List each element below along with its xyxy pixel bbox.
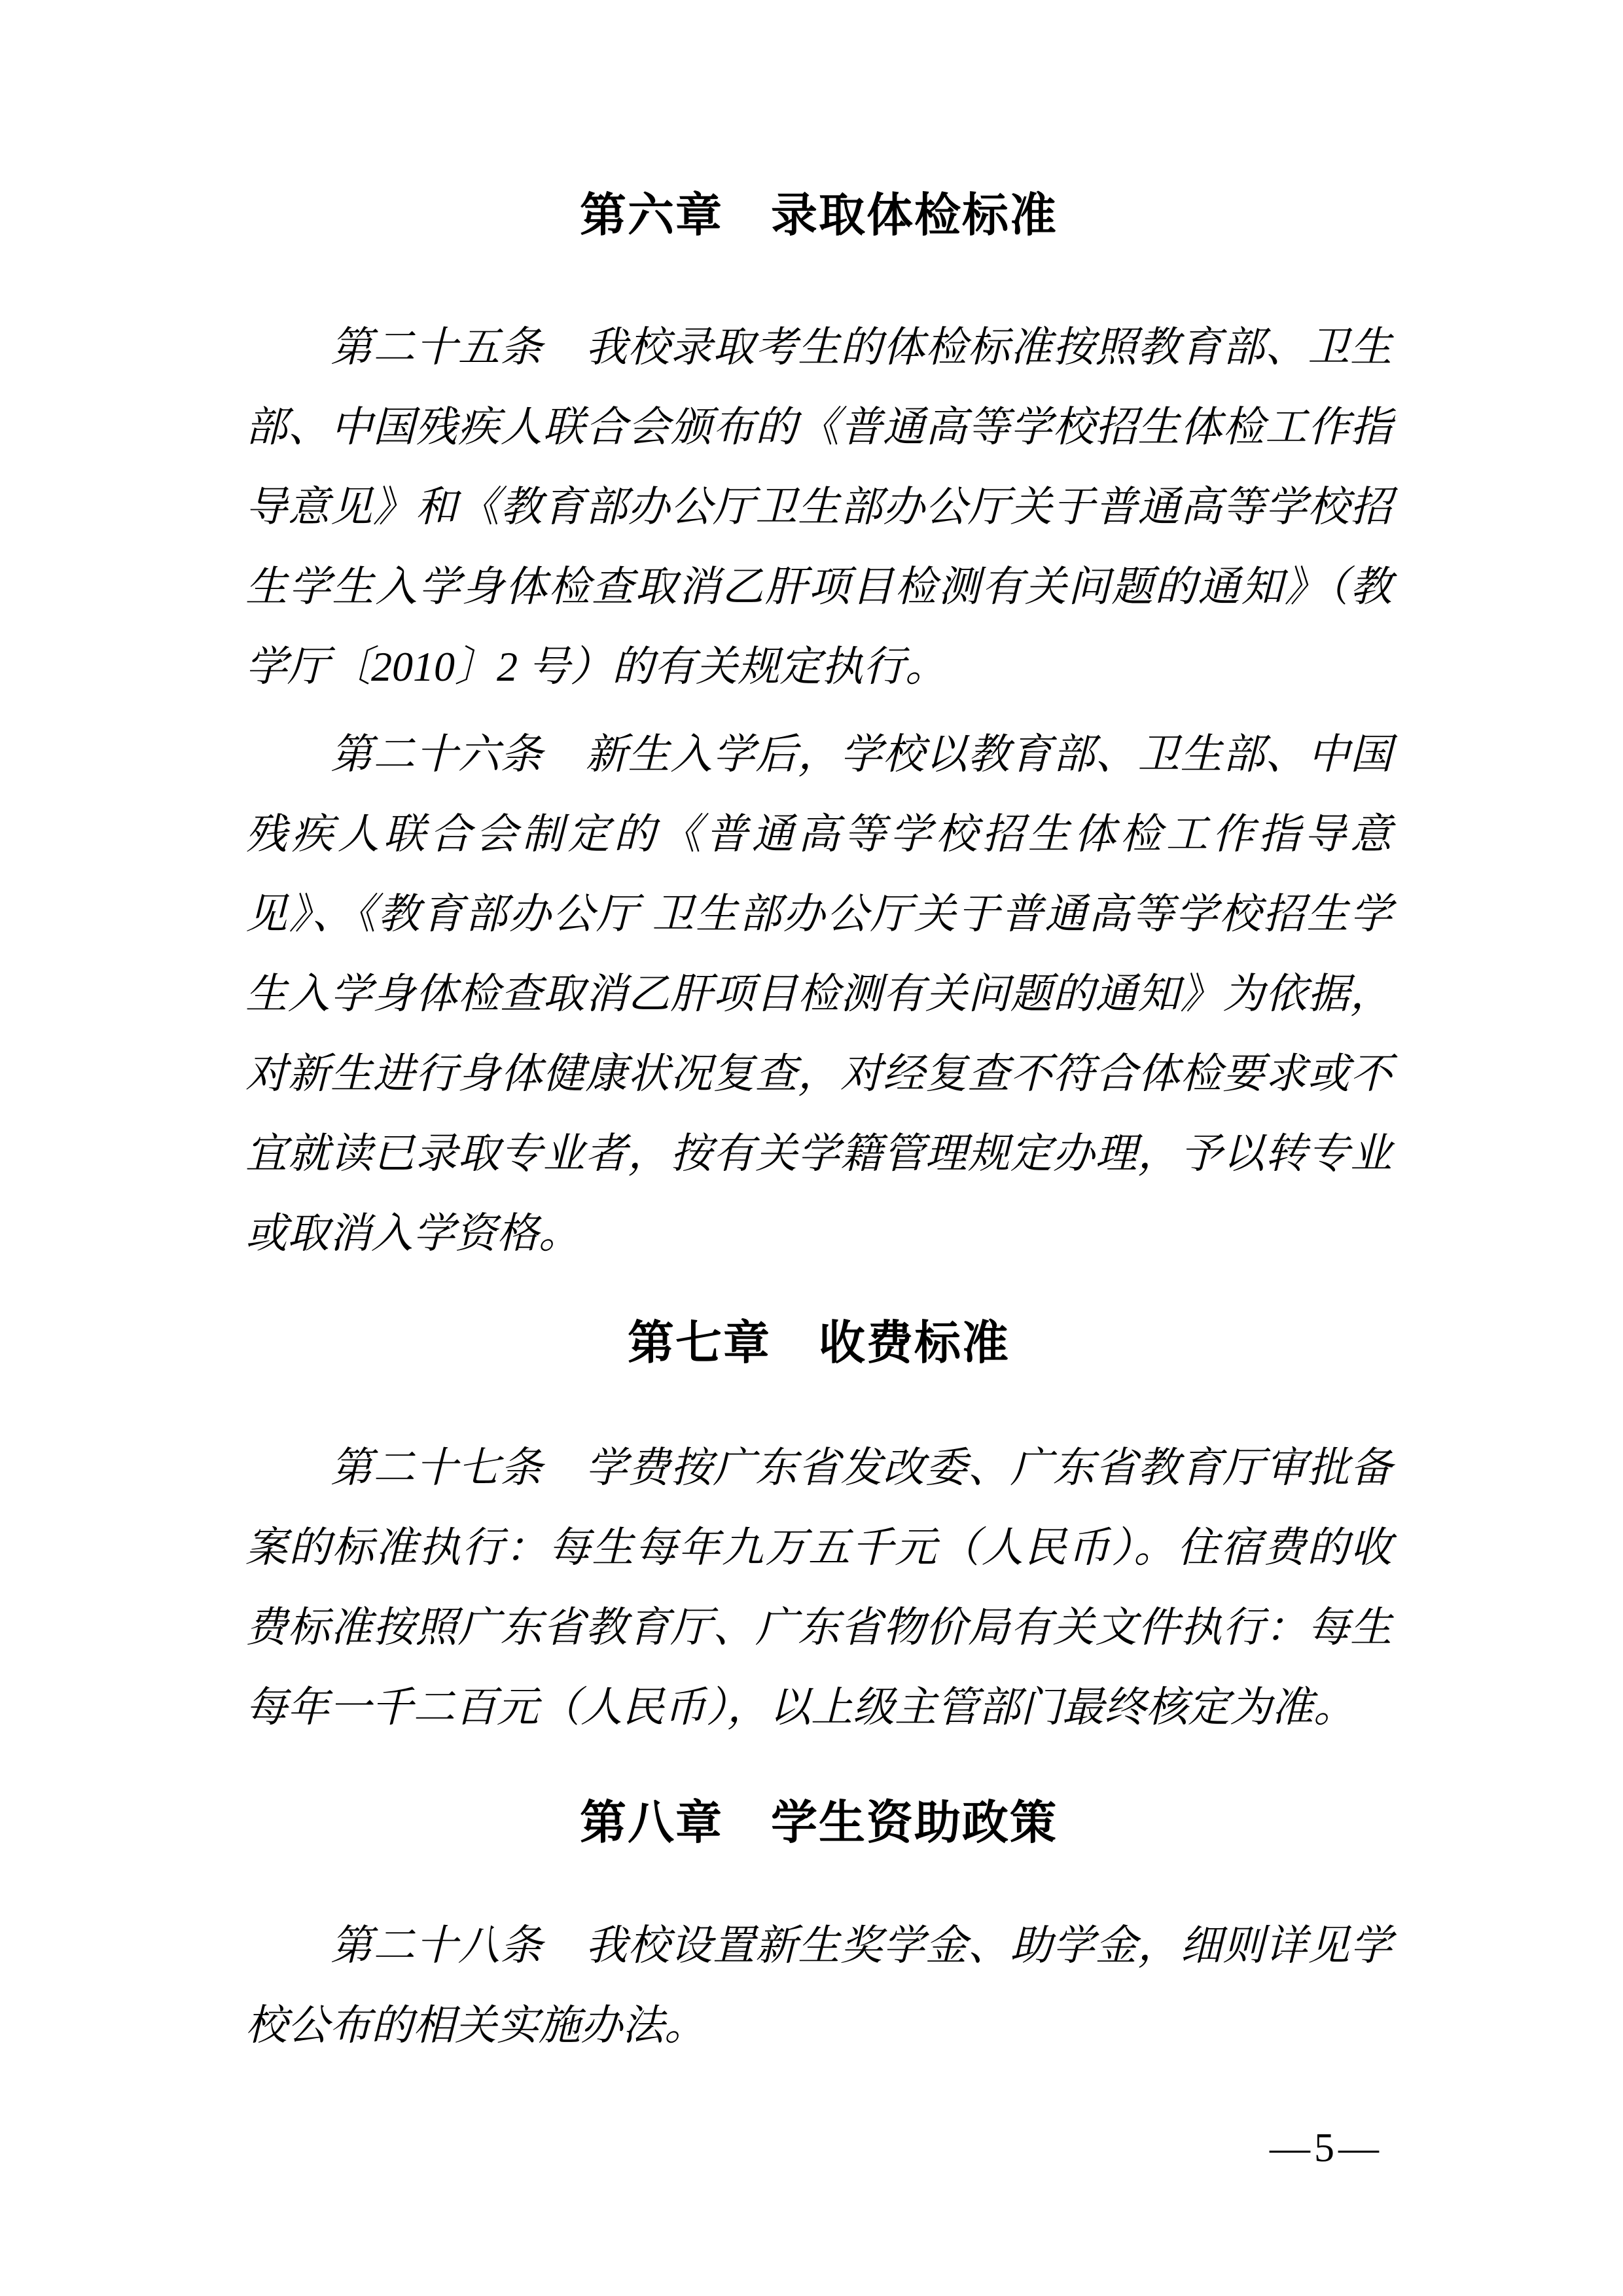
body-line: 导意见》和《教育部办公厅卫生部办公厅关于普通高等学校招 <box>245 467 1392 547</box>
body-line: 第二十五条 我校录取考生的体检标准按照教育部、卫生 <box>245 308 1392 387</box>
body-line: 生学生入学身体检查取消乙肝项目检测有关问题的通知》（教 <box>245 547 1392 627</box>
article-25-paragraph: 第二十五条 我校录取考生的体检标准按照教育部、卫生 部、中国残疾人联合会颁布的《… <box>245 308 1392 707</box>
body-line: 或取消入学资格。 <box>245 1194 1392 1274</box>
body-line: 对新生进行身体健康状况复查，对经复查不符合体检要求或不 <box>245 1034 1392 1114</box>
article-26-paragraph: 第二十六条 新生入学后，学校以教育部、卫生部、中国 残疾人联合会制定的《普通高等… <box>245 715 1392 1274</box>
body-line: 校公布的相关实施办法。 <box>245 1986 1392 2066</box>
article-27-paragraph: 第二十七条 学费按广东省发改委、广东省教育厅审批备 案的标准执行：每生每年九万五… <box>245 1428 1392 1748</box>
body-line: 部、中国残疾人联合会颁布的《普通高等学校招生体检工作指 <box>245 387 1392 467</box>
chapter-6-heading: 第六章 录取体检标准 <box>245 183 1392 249</box>
body-line: 第二十七条 学费按广东省发改委、广东省教育厅审批备 <box>245 1428 1392 1508</box>
chapter-7-heading: 第七章 收费标准 <box>245 1311 1392 1376</box>
body-line: 宜就读已录取专业者，按有关学籍管理规定办理，予以转专业 <box>245 1114 1392 1194</box>
body-line: 残疾人联合会制定的《普通高等学校招生体检工作指导意 <box>245 795 1392 874</box>
body-line: 案的标准执行：每生每年九万五千元（人民币）。住宿费的收 <box>245 1508 1392 1588</box>
text-column: 第六章 录取体检标准 第二十五条 我校录取考生的体检标准按照教育部、卫生 部、中… <box>245 0 1392 2066</box>
body-line: 第二十八条 我校设置新生奖学金、助学金，细则详见学 <box>245 1906 1392 1986</box>
document-page: 第六章 录取体检标准 第二十五条 我校录取考生的体检标准按照教育部、卫生 部、中… <box>0 0 1623 2296</box>
body-line: 每年一千二百元（人民币），以上级主管部门最终核定为准。 <box>245 1668 1392 1748</box>
body-line: 第二十六条 新生入学后，学校以教育部、卫生部、中国 <box>245 715 1392 795</box>
chapter-8-heading: 第八章 学生资助政策 <box>245 1791 1392 1856</box>
body-line: 生入学身体检查取消乙肝项目检测有关问题的通知》为依据， <box>245 954 1392 1034</box>
body-line: 见》、《教育部办公厅 卫生部办公厅关于普通高等学校招生学 <box>245 874 1392 954</box>
body-line: 学厅〔2010〕2 号）的有关规定执行。 <box>245 627 1392 707</box>
body-line: 费标准按照广东省教育厅、广东省物价局有关文件执行：每生 <box>245 1588 1392 1668</box>
page-number: —5— <box>1270 2125 1383 2172</box>
article-28-paragraph: 第二十八条 我校设置新生奖学金、助学金，细则详见学 校公布的相关实施办法。 <box>245 1906 1392 2066</box>
